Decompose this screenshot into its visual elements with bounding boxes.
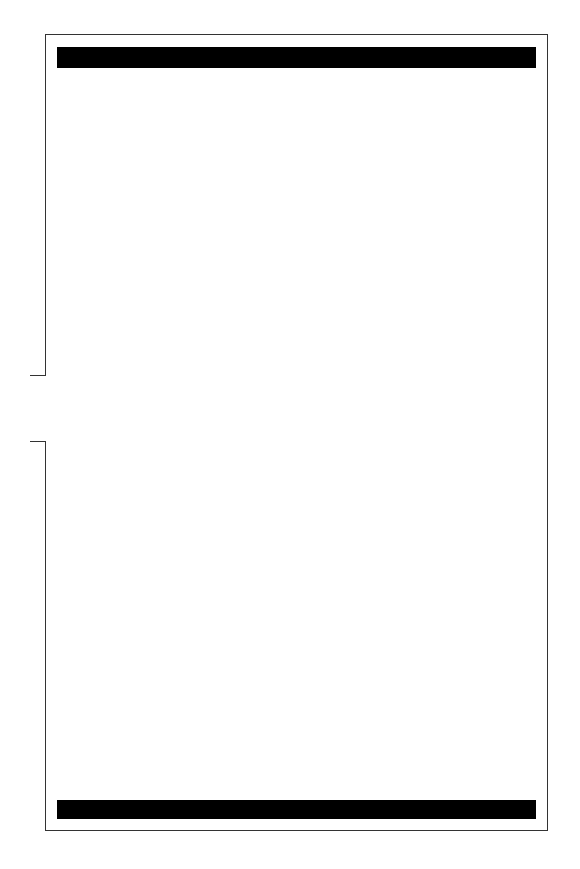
page-frame-tick-lower: [30, 441, 46, 442]
page-frame-left-lower: [45, 441, 46, 831]
header-banner: [57, 47, 536, 68]
page-frame-top: [45, 34, 548, 35]
page-frame-left-upper: [45, 34, 46, 376]
footer-banner: [57, 800, 536, 819]
page-frame-tick-upper: [30, 375, 46, 376]
page-frame-bottom: [45, 830, 548, 831]
page-frame-right: [547, 34, 548, 831]
